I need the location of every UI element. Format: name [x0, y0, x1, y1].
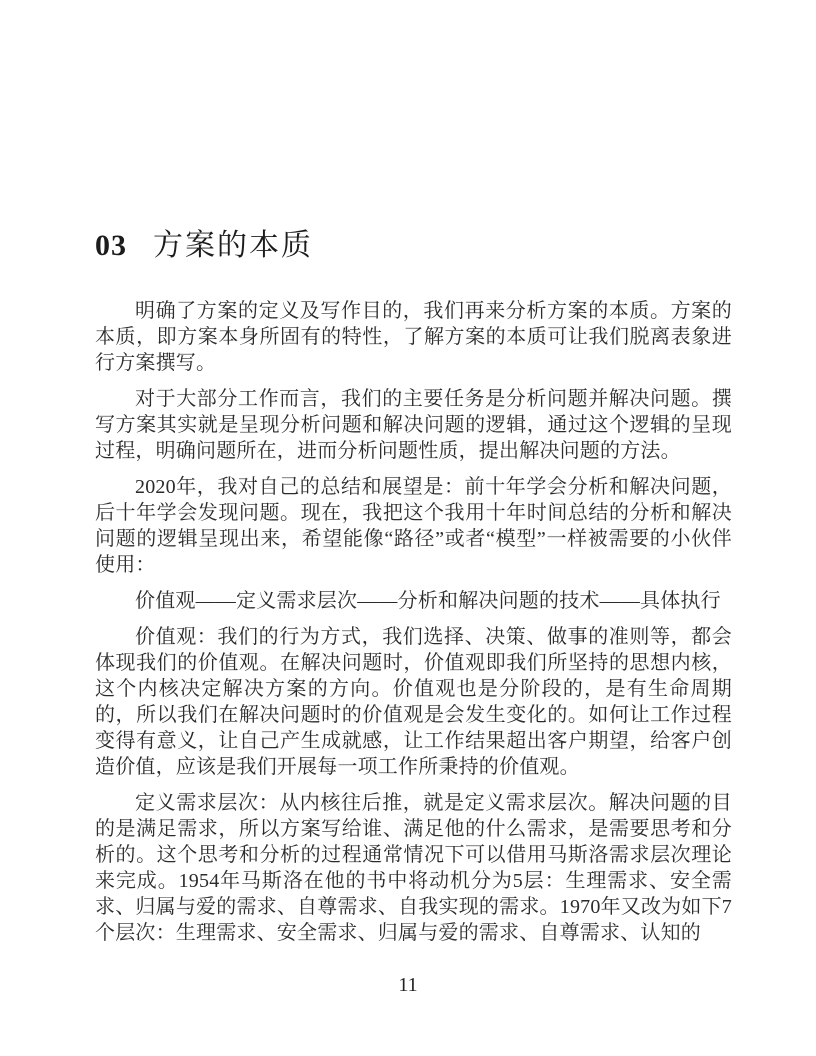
paragraph-needs-hierarchy: 定义需求层次：从内核往后推，就是定义需求层次。解决问题的目的是满足需求，所以方案… [95, 790, 732, 946]
paragraph-values: 价值观：我们的行为方式，我们选择、决策、做事的准则等，都会体现我们的价值观。在解… [95, 624, 732, 780]
paragraph-2020-summary: 2020年，我对自己的总结和展望是：前十年学会分析和解决问题，后十年学会发现问题… [95, 474, 732, 578]
body-text: 明确了方案的定义及写作目的，我们再来分析方案的本质。方案的本质，即方案本身所固有… [95, 298, 732, 946]
chapter-heading: 03 方案的本质 [95, 220, 732, 264]
chapter-title: 方案的本质 [153, 220, 313, 264]
paragraph-work-tasks: 对于大部分工作而言，我们的主要任务是分析问题并解决问题。撰写方案其实就是呈现分析… [95, 386, 732, 464]
paragraph-framework-chain: 价值观——定义需求层次——分析和解决问题的技术——具体执行 [95, 588, 732, 614]
page-number: 11 [0, 974, 816, 997]
paragraph-intro: 明确了方案的定义及写作目的，我们再来分析方案的本质。方案的本质，即方案本身所固有… [95, 298, 732, 376]
chapter-number: 03 [95, 229, 127, 263]
book-page: 03 方案的本质 明确了方案的定义及写作目的，我们再来分析方案的本质。方案的本质… [0, 0, 816, 1056]
page-content: 03 方案的本质 明确了方案的定义及写作目的，我们再来分析方案的本质。方案的本质… [95, 220, 732, 956]
